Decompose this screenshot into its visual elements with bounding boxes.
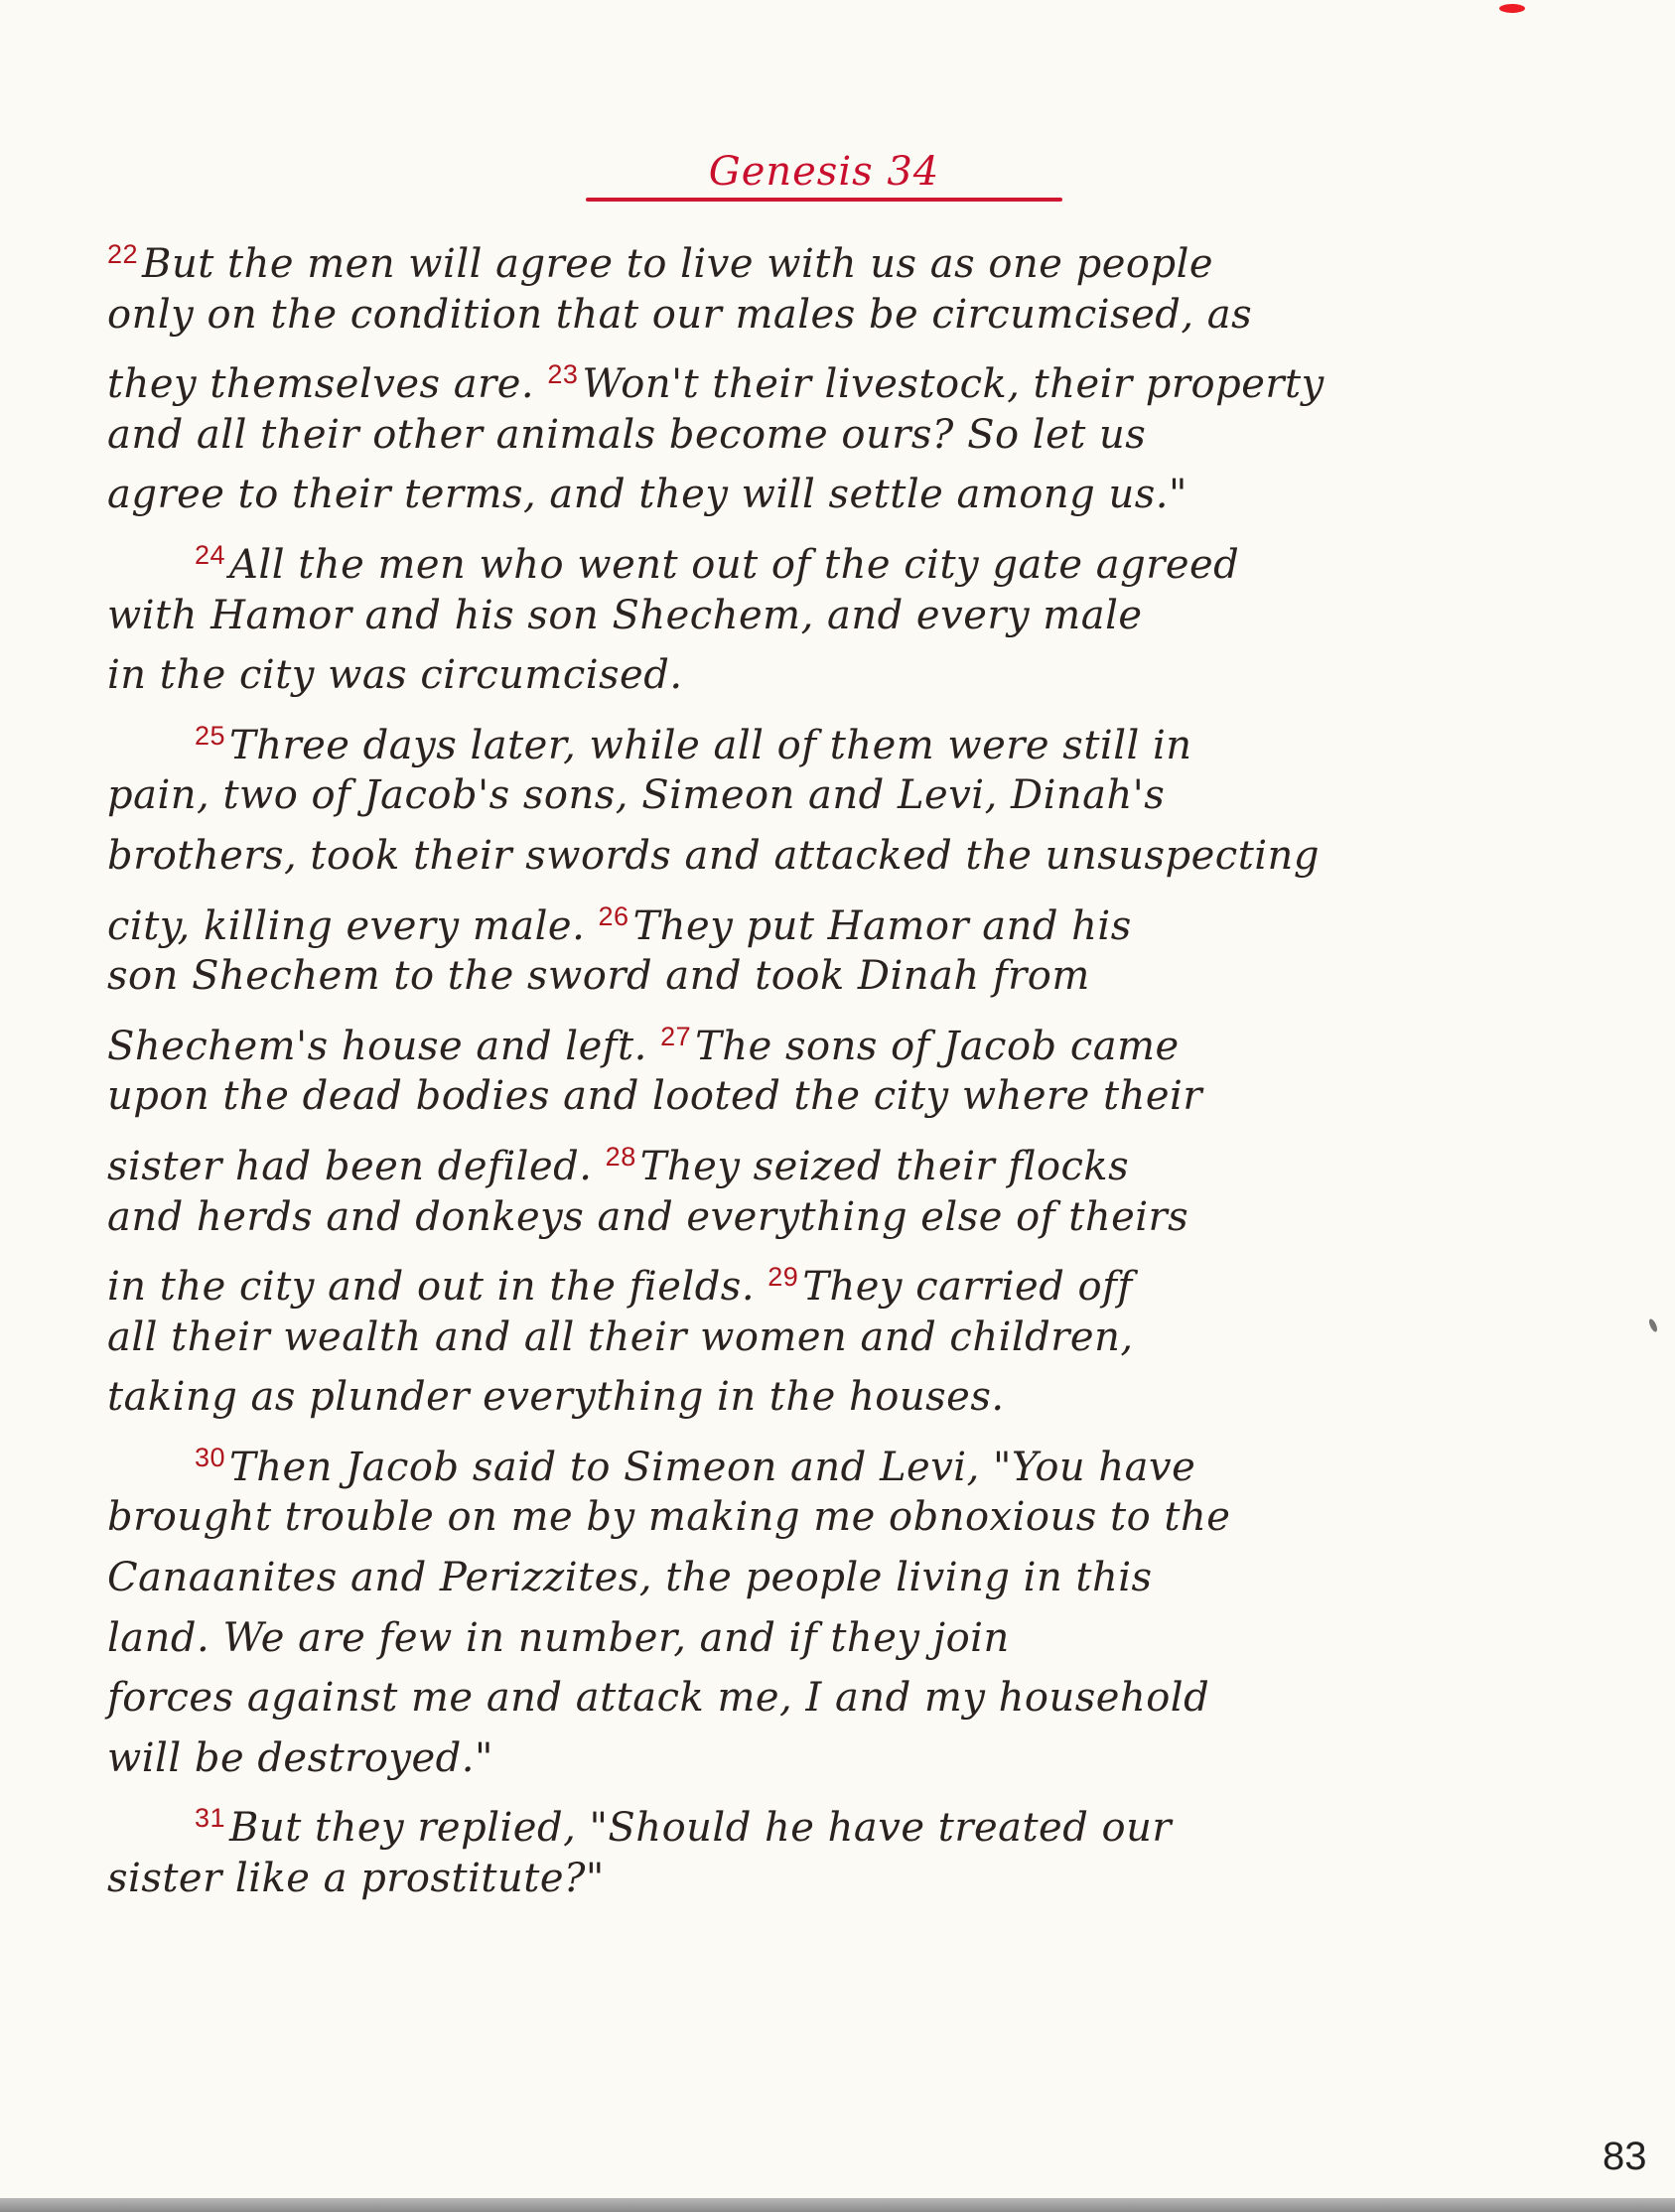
verse-text: sister like a prostitute?" [107,1856,605,1901]
verse-text: Three days later, while all of them were… [229,723,1192,768]
verse-text: and herds and donkeys and everything els… [107,1194,1188,1240]
verse-number: 25 [195,721,225,751]
verse-text: upon the dead bodies and looted the city… [107,1073,1202,1119]
text-line: and all their other animals become ours?… [107,405,1636,466]
verse-text: They seized their flocks [640,1144,1129,1189]
verse-text: All the men who went out of the city gat… [229,542,1239,588]
verse-text: pain, two of Jacob's sons, Simeon and Le… [107,772,1165,818]
verse-text: land. We are few in number, and if they … [107,1615,1010,1661]
page-number: 83 [1603,2135,1647,2179]
verse-number: 29 [768,1262,798,1292]
verse-text: will be destroyed." [107,1735,493,1781]
verse-text: brothers, took their swords and attacked… [107,833,1320,879]
text-line: taking as plunder everything in the hous… [107,1367,1636,1428]
verse-text: But they replied, "Should he have treate… [229,1805,1172,1851]
pencil-mark [1647,1317,1658,1332]
verse-text: sister had been defiled. [107,1144,592,1189]
verse-number: 22 [107,239,138,269]
text-line: city, killing every male. 26They put Ham… [107,887,1636,947]
text-line: in the city was circumcised. [107,645,1636,706]
text-line: and herds and donkeys and everything els… [107,1187,1636,1248]
text-line: 31But they replied, "Should he have trea… [107,1788,1636,1849]
verse-text: brought trouble on me by making me obnox… [107,1494,1230,1540]
text-line: brought trouble on me by making me obnox… [107,1487,1636,1548]
verse-text: all their wealth and all their women and… [107,1314,1134,1360]
text-line: land. We are few in number, and if they … [107,1608,1636,1669]
scripture-text: 22But the men will agree to live with us… [107,224,1636,1909]
handwritten-page: Genesis 34 22But the men will agree to l… [0,0,1675,2212]
verse-number: 27 [660,1022,691,1051]
text-line: 22But the men will agree to live with us… [107,224,1636,285]
text-line: 25Three days later, while all of them we… [107,706,1636,766]
text-line: son Shechem to the sword and took Dinah … [107,946,1636,1007]
text-line: Shechem's house and left. 27The sons of … [107,1007,1636,1067]
verse-number: 24 [195,540,225,570]
verse-text: They put Hamor and his [633,903,1132,949]
text-line: in the city and out in the fields. 29The… [107,1247,1636,1308]
text-line: sister like a prostitute?" [107,1849,1636,1909]
verse-text: Then Jacob said to Simeon and Levi, "You… [229,1445,1195,1490]
text-line: only on the condition that our males be … [107,285,1636,346]
verse-text: forces against me and attack me, I and m… [107,1675,1209,1721]
verse-text: city, killing every male. [107,903,585,949]
verse-number: 28 [606,1142,636,1172]
red-ink-mark [1499,4,1525,13]
text-line: will be destroyed." [107,1728,1636,1789]
scan-edge [0,2198,1675,2212]
verse-text: in the city and out in the fields. [107,1264,755,1310]
verse-text: The sons of Jacob came [695,1024,1180,1069]
text-line: agree to their terms, and they will sett… [107,465,1636,525]
text-line: all their wealth and all their women and… [107,1308,1636,1368]
verse-text: Shechem's house and left. [107,1024,647,1069]
verse-text: They carried off [802,1264,1132,1310]
verse-text: Won't their livestock, their property [582,361,1324,407]
chapter-title: Genesis 34 [709,149,940,195]
text-line: upon the dead bodies and looted the city… [107,1066,1636,1127]
chapter-heading: Genesis 34 [586,149,1062,195]
verse-number: 30 [195,1443,225,1472]
verse-text: and all their other animals become ours?… [107,412,1146,458]
text-line: with Hamor and his son Shechem, and ever… [107,586,1636,646]
verse-number: 31 [195,1803,225,1833]
verse-text: they themselves are. [107,361,534,407]
verse-text: son Shechem to the sword and took Dinah … [107,953,1090,999]
verse-number: 26 [599,901,629,931]
text-line: Canaanites and Perizzites, the people li… [107,1548,1636,1608]
title-underline [586,198,1062,202]
text-line: 24All the men who went out of the city g… [107,525,1636,586]
verse-text: Canaanites and Perizzites, the people li… [107,1555,1153,1600]
verse-text: But the men will agree to live with us a… [142,241,1213,287]
verse-text: in the city was circumcised. [107,652,683,698]
verse-text: with Hamor and his son Shechem, and ever… [107,593,1143,638]
verse-text: only on the condition that our males be … [107,292,1252,338]
verse-text: taking as plunder everything in the hous… [107,1374,1005,1420]
text-line: brothers, took their swords and attacked… [107,826,1636,887]
text-line: 30Then Jacob said to Simeon and Levi, "Y… [107,1428,1636,1488]
verse-number: 23 [547,359,578,389]
text-line: forces against me and attack me, I and m… [107,1668,1636,1728]
text-line: pain, two of Jacob's sons, Simeon and Le… [107,765,1636,826]
text-line: sister had been defiled. 28They seized t… [107,1127,1636,1187]
text-line: they themselves are. 23Won't their lives… [107,345,1636,405]
verse-text: agree to their terms, and they will sett… [107,472,1187,517]
